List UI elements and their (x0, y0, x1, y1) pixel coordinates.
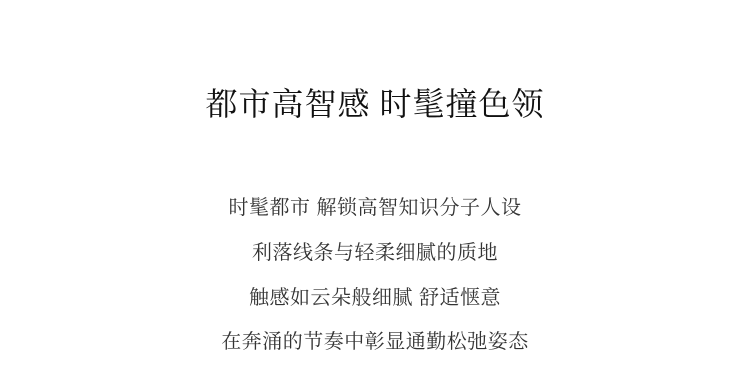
description-line-4: 在奔涌的节奏中彰显通勤松弛姿态 (0, 330, 750, 354)
description-line-2: 利落线条与轻柔细腻的质地 (0, 241, 750, 265)
description-line-1: 时髦都市 解锁高智知识分子人设 (0, 196, 750, 220)
page-title: 都市高智感 时髦撞色领 (0, 85, 750, 123)
product-description-section: 都市高智感 时髦撞色领 时髦都市 解锁高智知识分子人设 利落线条与轻柔细腻的质地… (0, 0, 750, 370)
description-line-3: 触感如云朵般细腻 舒适惬意 (0, 286, 750, 310)
